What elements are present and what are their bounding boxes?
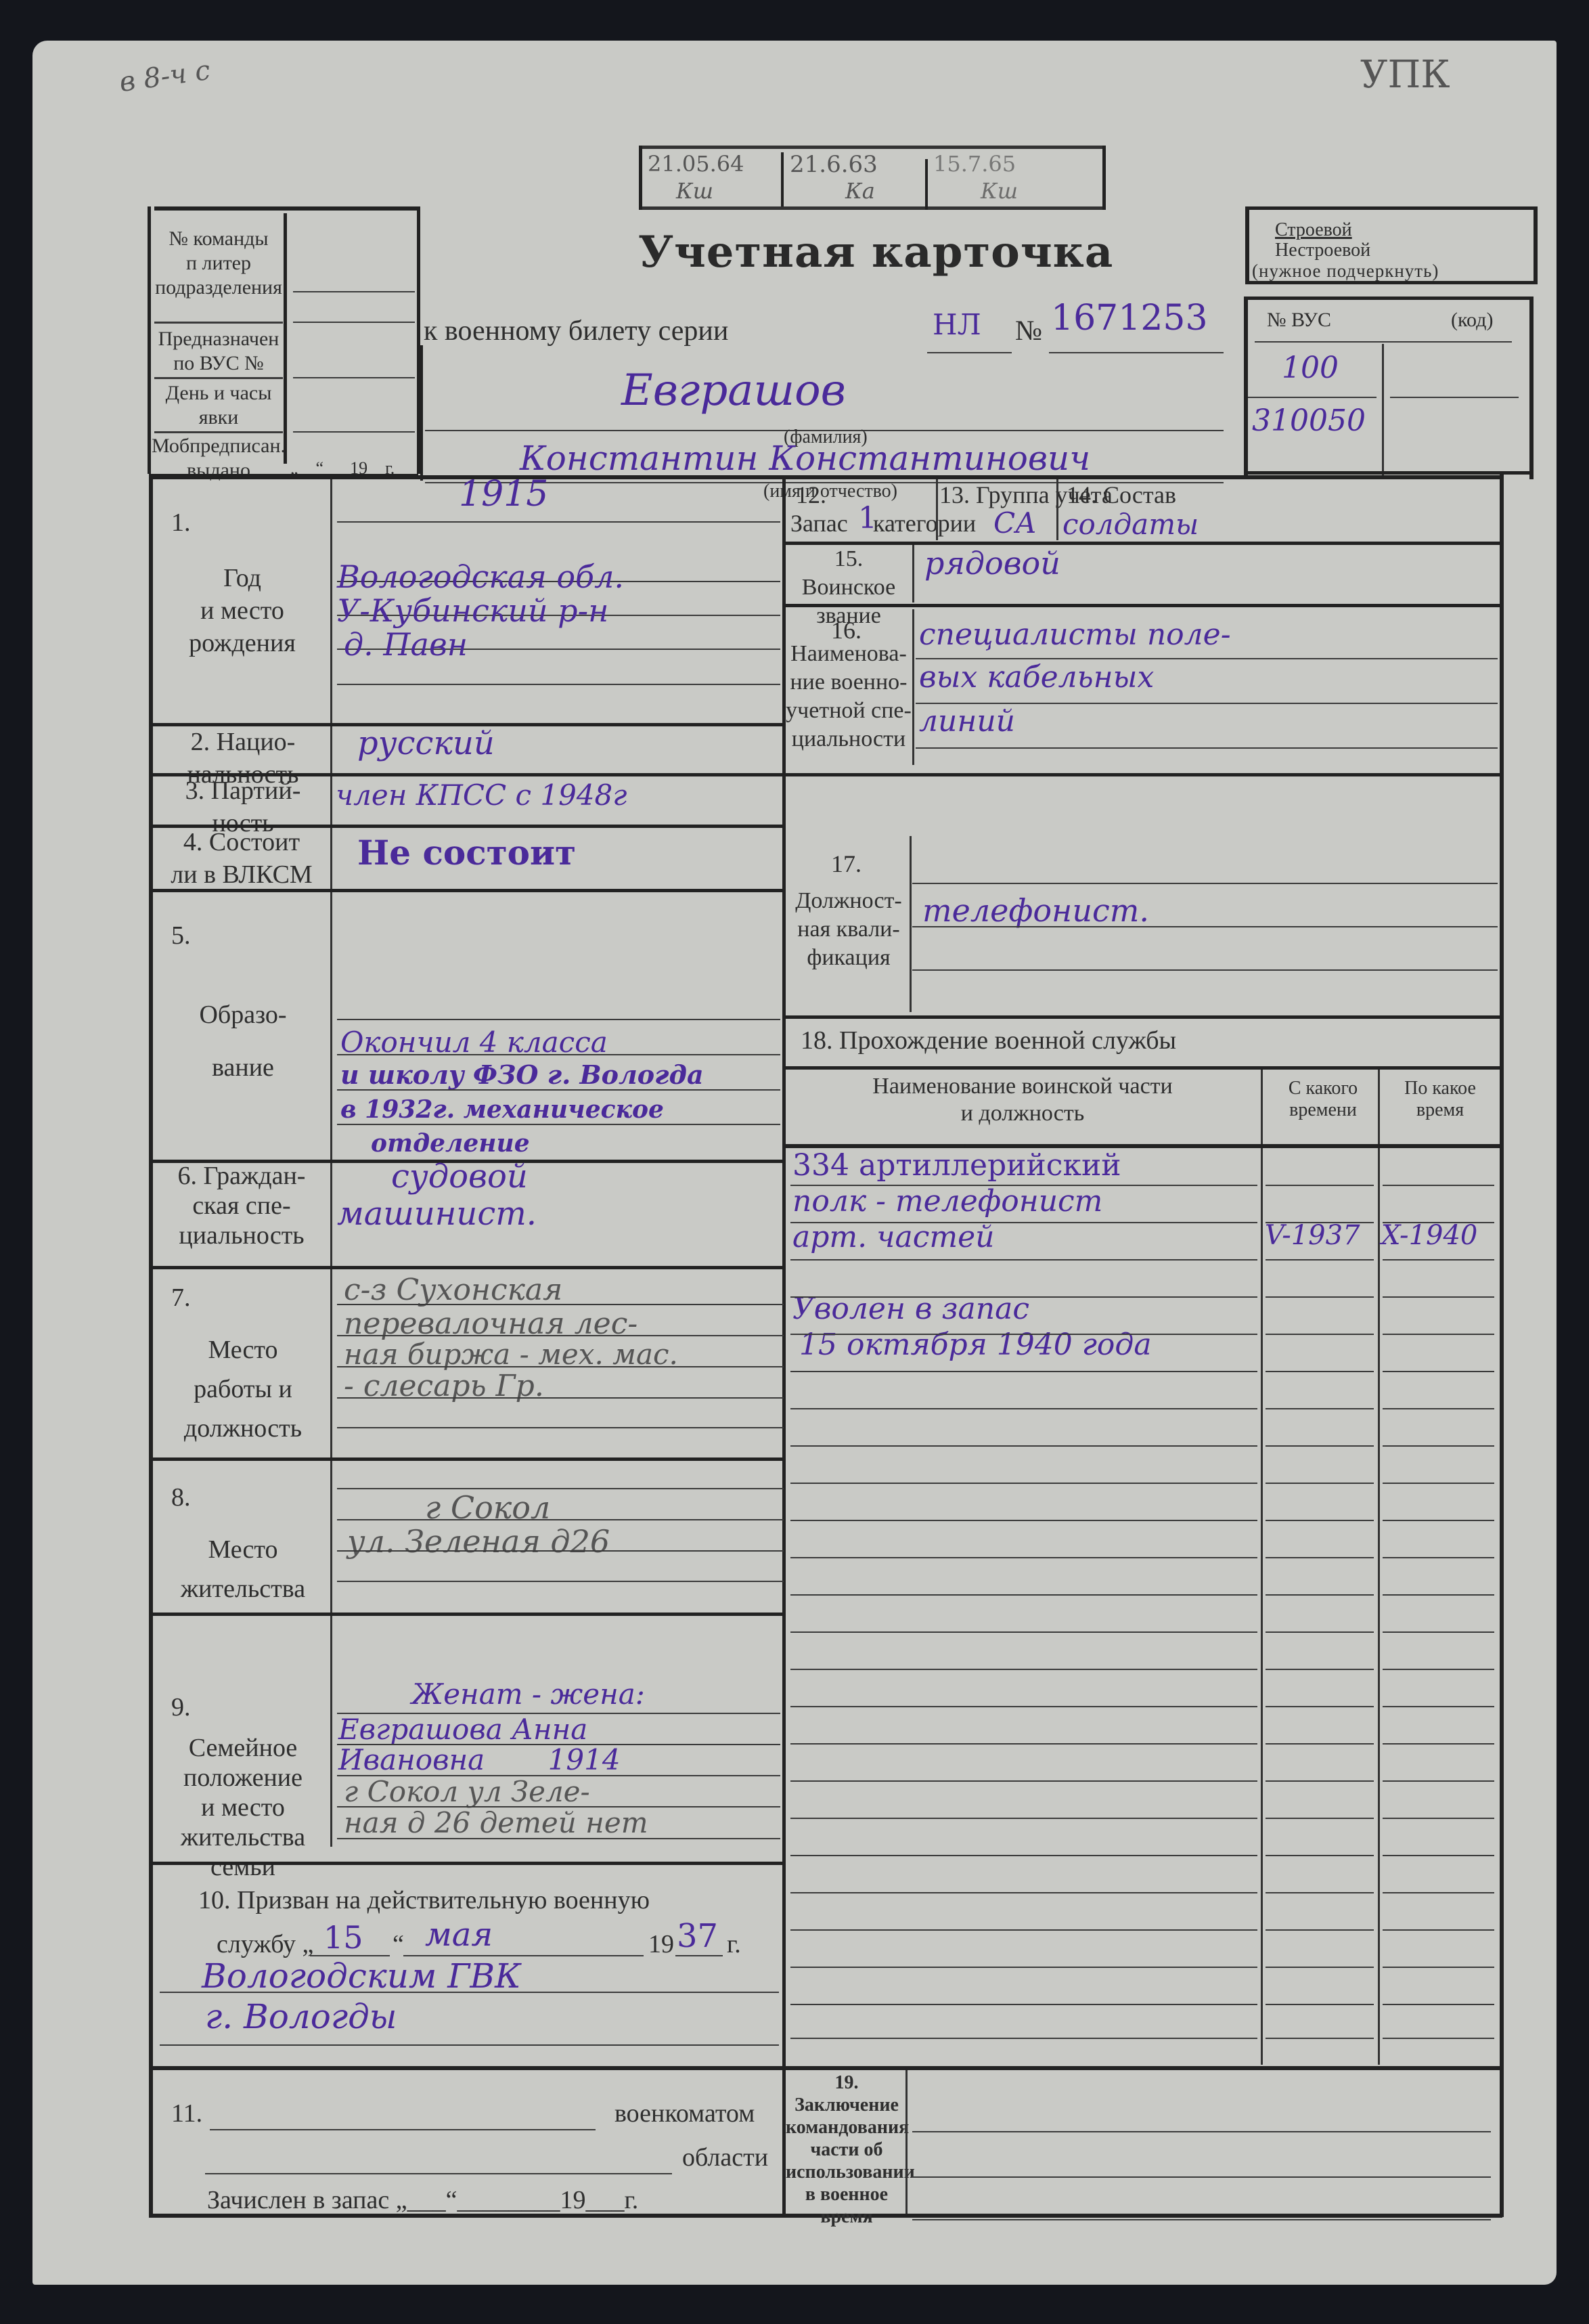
section-12-num: 12.: [796, 481, 826, 509]
stamp-date-1: 21.05.64: [648, 151, 744, 177]
stamp-date-3: 15.7.65: [933, 151, 1016, 177]
status-nestroevoy[interactable]: Нестроевой: [1275, 240, 1370, 261]
status-box: Строевой Нестроевой (нужное подчеркнуть): [1245, 206, 1538, 284]
section-9-num: 9.: [171, 1692, 191, 1722]
call-up-month[interactable]: мая: [425, 1916, 493, 1954]
corner-note-right: УПК: [1360, 53, 1450, 97]
military-specialty-line-2[interactable]: вых кабельных: [919, 660, 1154, 695]
section-10-service-prefix: службу „: [217, 1929, 313, 1959]
education-line-4[interactable]: отделение: [371, 1129, 530, 1158]
military-specialty-line-1[interactable]: специалисты поле-: [919, 617, 1231, 652]
service-col-to-header: По какоевремя: [1383, 1078, 1498, 1121]
voenkomat-text: военкоматом: [614, 2099, 755, 2128]
section-18-title: 18. Прохождение военной службы: [801, 1026, 1176, 1055]
section-19-label: 19. Заключениекомандованиячасти обисполь…: [786, 2071, 908, 2228]
stamp-box: 21.05.64 Кш 21.6.63 Ка 15.7.65 Кш: [639, 146, 1106, 210]
section-11-num: 11.: [171, 2099, 202, 2128]
status-hint: (нужное подчеркнуть): [1252, 261, 1439, 282]
section-8-label: Местожительства: [154, 1530, 332, 1608]
section-16-label: Наименова-ние военно-учетной спе-циально…: [786, 640, 912, 753]
vus-label: № ВУС: [1267, 309, 1331, 332]
section-14-label: 14. Состав: [1067, 481, 1176, 509]
corner-note-left: в 8-ч с: [117, 55, 212, 98]
section-4-label: 4. Состоитли в ВЛКСМ: [153, 826, 330, 891]
vus-value-2[interactable]: 310050: [1252, 403, 1366, 438]
section-1-label: Годи месторождения: [154, 562, 330, 659]
name-patronymic-value[interactable]: Константин Константинович: [520, 439, 1090, 478]
section-12-label-b: категории: [873, 509, 976, 538]
family-line-2[interactable]: Евграшова Анна: [338, 1713, 587, 1746]
section-9-label: Семейноеположениеи местожительствасемьи: [154, 1733, 332, 1882]
accounting-group-value[interactable]: СА: [993, 506, 1037, 540]
composition-value[interactable]: солдаты: [1062, 508, 1199, 541]
family-line-1[interactable]: Женат - жена:: [411, 1678, 645, 1711]
oblast-field[interactable]: [205, 2173, 672, 2174]
section-7-label: Местоработы идолжность: [154, 1330, 332, 1448]
service-row-3-to[interactable]: X-1940: [1381, 1220, 1477, 1251]
civil-specialty-line-2[interactable]: машинист.: [337, 1195, 537, 1233]
section-6-label: 6. Граждан-ская спе-циальность: [153, 1161, 330, 1250]
vus-box: № ВУС (код) 100 310050: [1244, 297, 1534, 479]
section-17-num: 17.: [831, 850, 861, 878]
call-up-day[interactable]: 15: [323, 1919, 363, 1956]
family-line-4[interactable]: г Сокол ул Зеле-: [344, 1775, 590, 1808]
registration-card: в 8-ч с УПК 21.05.64 Кш 21.6.63 Ка 15.7.…: [32, 41, 1557, 2285]
family-line-3[interactable]: Ивановна 1914: [338, 1743, 621, 1776]
voenkomat-field[interactable]: [210, 2129, 596, 2130]
workplace-line-1[interactable]: с-з Сухонская: [344, 1273, 562, 1307]
service-row-3-unit[interactable]: арт. частей: [792, 1220, 994, 1254]
ticket-series[interactable]: НЛ: [933, 308, 981, 341]
top-left-box: № командып литерподразделения Предназнач…: [148, 206, 422, 474]
section-5-label: Образо-вание: [154, 988, 332, 1094]
stamp-sign-1: Кш: [676, 178, 713, 204]
page-title: Учетная карточка: [638, 227, 1113, 278]
label-vus-assigned: Предназначенпо ВУС №: [154, 327, 283, 376]
vus-value-1[interactable]: 100: [1282, 351, 1339, 385]
label-day-hours: День и часыявки: [154, 381, 283, 430]
call-up-year-end: г.: [727, 1929, 741, 1959]
service-row-1-unit[interactable]: 334 артиллерийский: [792, 1148, 1121, 1183]
civil-specialty-line-1[interactable]: судовой: [391, 1158, 528, 1196]
service-col-from-header: С какоговремени: [1266, 1078, 1381, 1121]
section-17-label: Должност-ная квали-фикация: [786, 887, 912, 972]
section-12-label-a: Запас: [790, 509, 848, 538]
party-value[interactable]: член КПСС с 1948г: [336, 779, 627, 812]
ticket-prefix: к военному билету серии: [424, 315, 728, 347]
birth-year[interactable]: 1915: [459, 474, 548, 514]
command-conclusion-field[interactable]: [912, 2071, 1494, 2210]
komsomol-value[interactable]: Не состоит: [357, 833, 576, 873]
stamp-date-2: 21.6.63: [790, 151, 878, 178]
section-7-num: 7.: [171, 1283, 191, 1313]
family-line-5[interactable]: ная д 26 детей нет: [344, 1806, 648, 1839]
birth-place-line-2[interactable]: У-Кубинский р-н: [337, 592, 608, 629]
education-line-3[interactable]: в 1932г. механическое: [340, 1095, 664, 1124]
section-5-num: 5.: [171, 921, 191, 950]
service-row-2-unit[interactable]: полк - телефонист: [792, 1184, 1102, 1219]
call-up-year-suffix[interactable]: 37: [677, 1917, 718, 1955]
number-sign: №: [1015, 315, 1042, 347]
section-10-quote: “: [393, 1929, 404, 1959]
oblast-text: области: [682, 2143, 768, 2172]
section-8-num: 8.: [171, 1483, 191, 1512]
call-up-by[interactable]: Вологодским ГВК: [202, 1956, 521, 1996]
stamp-sign-3: Кш: [981, 178, 1018, 204]
code-label: (код): [1451, 309, 1493, 332]
education-line-2[interactable]: и школу ФЗО г. Вологда: [340, 1059, 704, 1090]
qualification-value[interactable]: телефонист.: [922, 892, 1149, 929]
birth-place-line-3[interactable]: д. Павн: [344, 626, 468, 663]
service-col-unit-header: Наименование воинской частии должность: [786, 1073, 1259, 1127]
call-up-year-prefix: 19: [648, 1929, 674, 1959]
section-1-num: 1.: [171, 508, 191, 538]
nationality-value[interactable]: русский: [357, 724, 495, 762]
service-row-6-unit[interactable]: 15 октября 1940 года: [799, 1328, 1152, 1362]
military-specialty-line-3[interactable]: линий: [919, 704, 1015, 739]
residence-line-2[interactable]: ул. Зеленая д26: [347, 1523, 610, 1560]
service-row-3-from[interactable]: V-1937: [1265, 1220, 1360, 1251]
ticket-number[interactable]: 1671253: [1051, 298, 1208, 338]
surname-value[interactable]: Евграшов: [621, 366, 846, 416]
section-10-label: 10. Призван на действительную военную: [198, 1885, 650, 1915]
label-command-number: № командып литерподразделения: [154, 227, 283, 300]
stamp-sign-2: Ка: [845, 178, 875, 204]
reserve-enrollment: Зачислен в запас „___“________19___г.: [207, 2185, 638, 2215]
call-up-city[interactable]: г. Вологды: [205, 1997, 397, 2036]
status-stroevoy[interactable]: Строевой: [1275, 220, 1370, 240]
rank-value[interactable]: рядовой: [924, 545, 1060, 582]
birth-place-line-1[interactable]: Вологодская обл.: [337, 558, 624, 595]
